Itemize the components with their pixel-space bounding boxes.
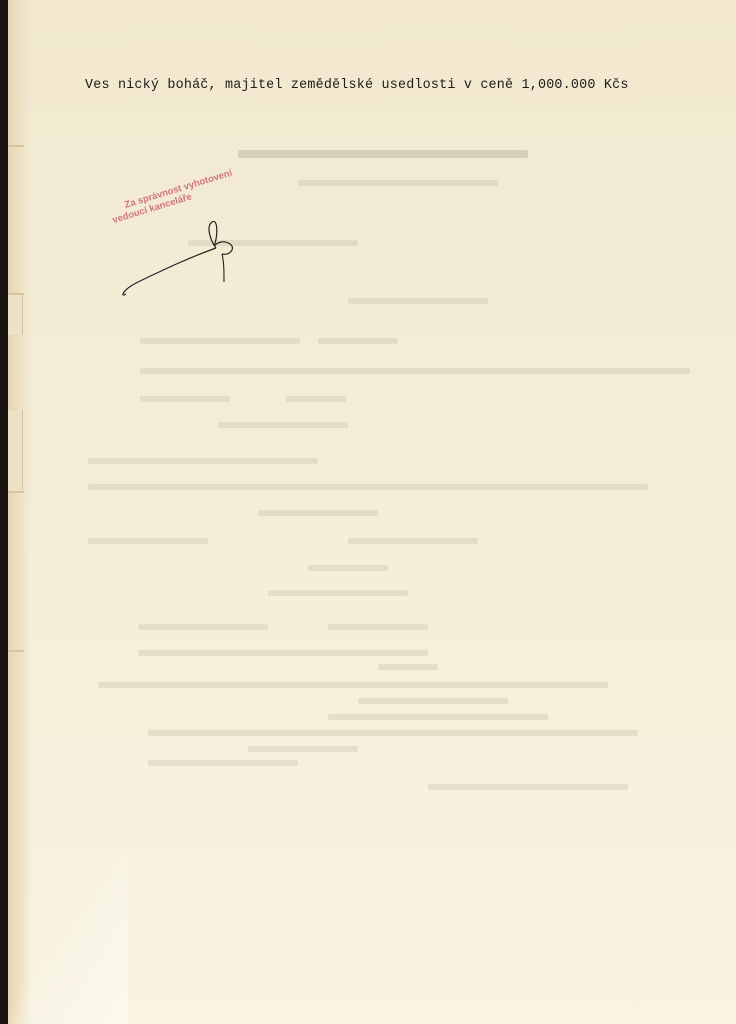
signature-icon [118, 212, 248, 302]
torn-edge-tab [8, 410, 23, 490]
torn-edge-tab [8, 295, 23, 335]
page-crease [8, 145, 24, 147]
page-crease [8, 650, 24, 652]
page-crease [8, 491, 24, 493]
document-page: Ves nický boháč, majitel zemědělské used… [8, 0, 736, 1024]
page-crease [8, 293, 24, 295]
document-header-text: Ves nický boháč, majitel zemědělské used… [85, 78, 629, 93]
page-corner-fold [8, 854, 128, 1024]
